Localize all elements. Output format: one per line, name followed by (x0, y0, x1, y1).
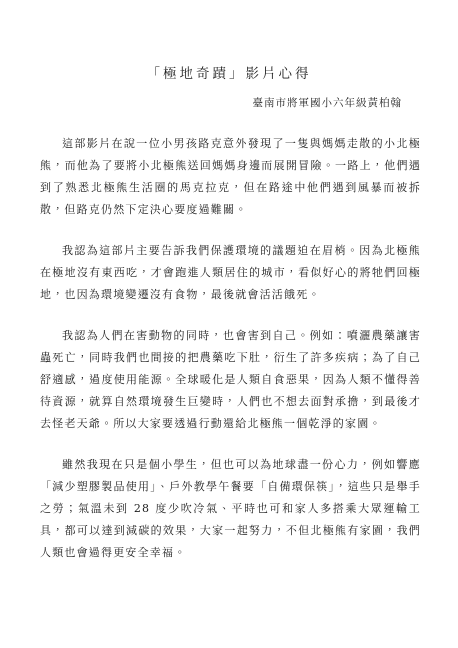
author-byline: 臺南市將軍國小六年級黃柏翰 (0, 95, 458, 110)
essay-paragraph-2: 我認為這部片主要告訴我們保護環境的議題迫在眉梢。因為北極熊在極地沒有東西吃，才會… (40, 240, 421, 306)
document-page: 「極地奇蹟」影片心得 臺南市將軍國小六年級黃柏翰 這部影片在說一位小男孩路克意外… (0, 0, 458, 648)
essay-title: 「極地奇蹟」影片心得 (0, 0, 458, 82)
essay-paragraph-4: 雖然我現在只是個小學生，但也可以為地球盡一份心力，例如響應「減少塑膠製品使用」、… (40, 454, 421, 564)
essay-paragraph-3: 我認為人們在害動物的同時，也會害到自己。例如：噴灑農藥讓害蟲死亡，同時我們也間接… (40, 325, 421, 435)
essay-paragraph-1: 這部影片在說一位小男孩路克意外發現了一隻與媽媽走散的小北極熊，而他為了要將小北極… (40, 133, 421, 221)
essay-body: 這部影片在說一位小男孩路克意外發現了一隻與媽媽走散的小北極熊，而他為了要將小北極… (0, 110, 458, 564)
